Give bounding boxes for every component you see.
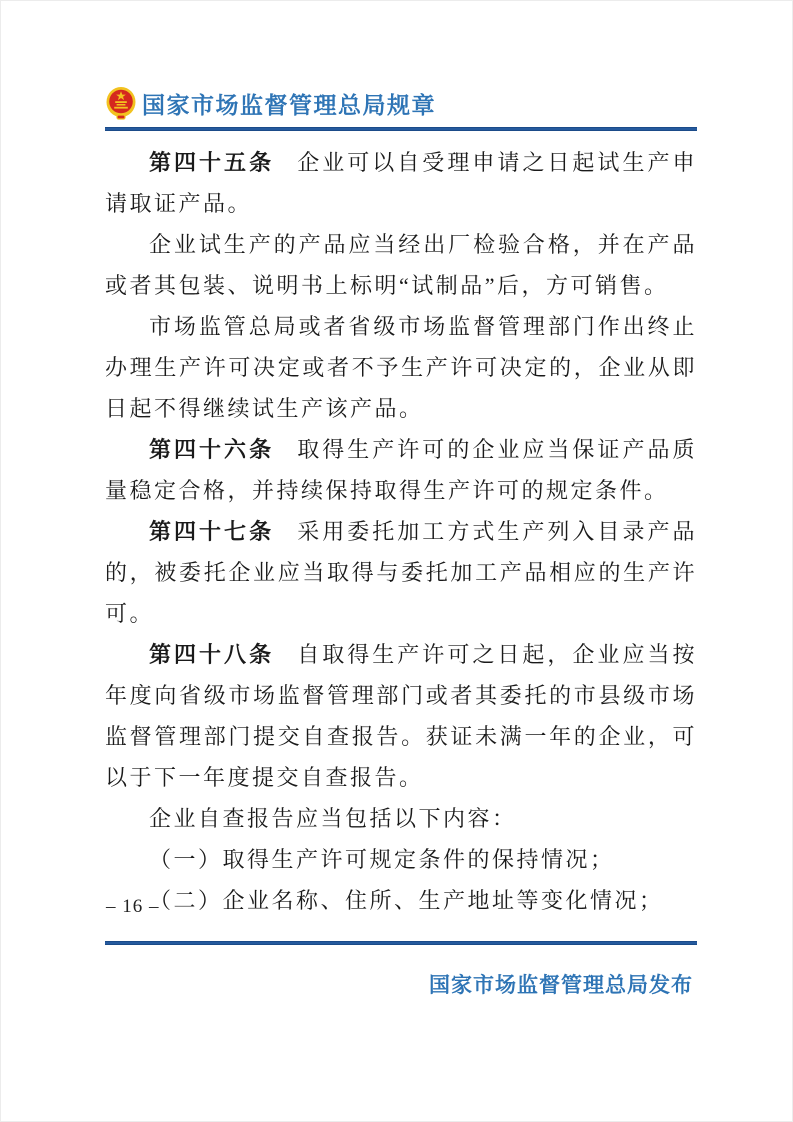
article-text: （一）取得生产许可规定条件的保持情况； [149, 847, 615, 872]
publisher-label: 国家市场监督管理总局发布 [105, 969, 693, 999]
paragraph: 市场监管总局或者省级市场监督管理部门作出终止办理生产许可决定或者不予生产许可决定… [105, 306, 697, 429]
header-title: 国家市场监督管理总局规章 [142, 87, 436, 120]
article-number: 第四十七条 [149, 519, 274, 544]
article-text: 企业自查报告应当包括以下内容： [149, 806, 517, 831]
paragraph-article-45: 第四十五条企业可以自受理申请之日起试生产申请取证产品。 [105, 142, 697, 224]
paragraph-article-46: 第四十六条取得生产许可的企业应当保证产品质量稳定合格，并持续保持取得生产许可的规… [105, 429, 697, 511]
article-text: 企业试生产的产品应当经出厂检验合格，并在产品或者其包装、说明书上标明“试制品”后… [105, 232, 697, 298]
article-text: 市场监管总局或者省级市场监督管理部门作出终止办理生产许可决定或者不予生产许可决定… [105, 314, 697, 421]
header-divider [105, 127, 697, 131]
article-number: 第四十六条 [149, 437, 274, 462]
document-page: 国家市场监督管理总局规章 第四十五条企业可以自受理申请之日起试生产申请取证产品。… [0, 0, 793, 1122]
article-text: （二）企业名称、住所、生产地址等变化情况； [149, 888, 664, 913]
paragraph-list-item-2: （二）企业名称、住所、生产地址等变化情况； [105, 880, 697, 921]
china-national-emblem-icon [105, 86, 137, 120]
page-header: 国家市场监督管理总局规章 [105, 83, 697, 123]
article-number: 第四十五条 [149, 150, 274, 175]
paragraph-list-item-1: （一）取得生产许可规定条件的保持情况； [105, 839, 697, 880]
paragraph: 企业自查报告应当包括以下内容： [105, 798, 697, 839]
paragraph: 企业试生产的产品应当经出厂检验合格，并在产品或者其包装、说明书上标明“试制品”后… [105, 224, 697, 306]
paragraph-article-48: 第四十八条自取得生产许可之日起，企业应当按年度向省级市场监督管理部门或者其委托的… [105, 634, 697, 798]
document-body: 第四十五条企业可以自受理申请之日起试生产申请取证产品。 企业试生产的产品应当经出… [105, 142, 697, 921]
paragraph-article-47: 第四十七条采用委托加工方式生产列入目录产品的，被委托企业应当取得与委托加工产品相… [105, 511, 697, 634]
page-number: – 16 – [106, 896, 160, 918]
footer-divider [105, 941, 697, 945]
article-number: 第四十八条 [149, 642, 274, 667]
